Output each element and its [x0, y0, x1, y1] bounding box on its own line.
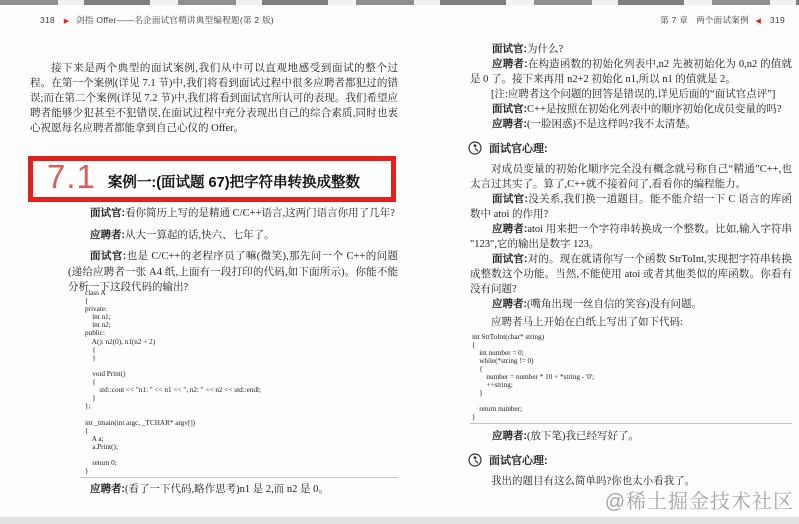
code-separator-rule — [80, 477, 398, 478]
speaker-label: 面试官: — [90, 250, 126, 262]
left-header-title: 剑指 Offer——名企面试官精讲典型编程题(第 2 版) — [76, 15, 274, 25]
book-spread-scan: 318 ▶ 剑指 Offer——名企面试官精讲典型编程题(第 2 版) 第 7 … — [0, 0, 799, 524]
section-number: 7.1 — [47, 158, 96, 196]
dialog-paragraph: 面试官:为什么? — [470, 42, 792, 57]
speaker-label: 应聘者: — [90, 483, 125, 495]
speaker-label: 应聘者: — [492, 58, 528, 70]
interviewer-mind-text: 对成员变量的初始化顺序完全没有概念就号称自己“精通”C++,也太言过其实了。算了… — [470, 162, 792, 192]
dialog-paragraph: 面试官:对的。现在就请你写一个函数 StrToInt,实现把字符串转换成整数这个… — [470, 252, 792, 297]
speaker-label: 面试官: — [492, 103, 527, 115]
scan-bottom-edge — [0, 517, 799, 524]
section-7-1-annotation-box: 7.1 案例一:(面试题 67)把字符串转换成整数 — [28, 156, 396, 202]
dialog-text: (放下笔)我已经写好了。 — [527, 431, 639, 442]
dialog-paragraph: 应聘者:(看了一下代码,略作思考)n1 是 2,而 n2 是 0。 — [68, 482, 398, 498]
cpp-class-code-listing: class A { private: int n1; int n2; publi… — [85, 289, 261, 475]
left-running-header: 318 ▶ 剑指 Offer——名企面试官精讲典型编程题(第 2 版) — [38, 14, 274, 26]
right-running-header: 第 7 章 两个面试案例 ◀ 319 — [660, 14, 787, 26]
dialog-text: 从大一算起的话,快六、七年了。 — [125, 230, 275, 241]
left-page-number: 318 — [38, 15, 57, 25]
chapter-intro-paragraph: 接下来是两个典型的面试案例,我们从中可以直观地感受到面试的整个过程。在第一个案例… — [30, 61, 398, 153]
right-triangle-icon: ▶ — [60, 18, 74, 25]
scan-top-edge — [0, 0, 799, 5]
interviewer-mind-heading: 面试官心理: — [468, 452, 792, 468]
left-dialog-block: 面试官:看你简历上写的是精通 C/C++语言,这两门语言你用了几年? 应聘者:从… — [68, 206, 398, 302]
mind-heading-label: 面试官心理: — [489, 452, 548, 468]
speaker-label: 应聘者: — [492, 430, 527, 442]
dialog-paragraph: 应聘者:(放下笔)我已经写好了。 — [470, 429, 792, 444]
dialog-paragraph: 面试官:C++是按照在初始化列表中的顺序初始化成员变量的吗? — [470, 102, 792, 117]
dialog-text: (嘴角出现一丝自信的笑容)没有问题。 — [527, 299, 702, 310]
dialog-paragraph: 面试官:没关系,我们换一道题目。能不能介绍一下 C 语言的库函数中 atoi 的… — [470, 192, 792, 222]
section-title: 案例一:(面试题 67)把字符串转换成整数 — [108, 171, 360, 192]
speaker-label: 应聘者: — [492, 223, 527, 235]
dialog-paragraph: 应聘者:(一脸困惑)不是这样吗?我不太清楚。 — [470, 117, 792, 132]
dialog-text: (看了一下代码,略作思考)n1 是 2,而 n2 是 0。 — [125, 484, 329, 495]
speaker-label: 应聘者: — [492, 298, 527, 310]
speaker-label: 面试官: — [492, 253, 528, 265]
editor-note: [注:应聘者这个问题的回答是错误的,详见后面的“面试官点评”] — [470, 87, 792, 102]
chapter-label: 第 7 章 — [660, 15, 688, 25]
left-triangle-icon: ◀ — [752, 18, 766, 25]
code-separator-rule — [470, 423, 792, 424]
dialog-paragraph: 应聘者:从大一算起的话,快六、七年了。 — [68, 228, 398, 244]
thought-clock-icon — [468, 453, 482, 467]
dialog-paragraph: 应聘者:(嘴角出现一丝自信的笑容)没有问题。 — [470, 297, 792, 312]
dialog-text: (一脸困惑)不是这样吗?我不太清楚。 — [527, 119, 696, 130]
speaker-label: 应聘者: — [492, 118, 527, 130]
dialog-text: 看你简历上写的是精通 C/C++语言,这两门语言你用了几年? — [125, 208, 395, 219]
dialog-text: 为什么? — [527, 44, 563, 55]
speaker-label: 应聘者: — [90, 229, 125, 241]
thought-clock-icon — [468, 141, 482, 155]
speaker-label: 面试官: — [492, 193, 528, 205]
right-page-number: 319 — [768, 15, 787, 25]
narration-line: 应聘者马上开始在白纸上写出了如下代码: — [470, 315, 792, 330]
dialog-paragraph: 应聘者:atoi 用来把一个字符串转换成一个整数。比如,输入字符串 "123",… — [470, 222, 792, 252]
dialog-text: C++是按照在初始化列表中的顺序初始化成员变量的吗? — [527, 104, 782, 115]
chapter-title: 两个面试案例 — [696, 15, 749, 25]
speaker-label: 面试官: — [492, 43, 527, 55]
strtoint-code-listing: int StrToInt(char* string) { int number … — [472, 333, 792, 421]
dialog-paragraph: 应聘者:在构造函数的初始化列表中,n2 先被初始化为 0,n2 的值就是 0 了… — [470, 57, 792, 87]
mind-heading-label: 面试官心理: — [489, 140, 548, 156]
juejin-watermark: @稀土掘金技术社区 — [605, 485, 794, 514]
left-closing-dialog: 应聘者:(看了一下代码,略作思考)n1 是 2,而 n2 是 0。 — [68, 482, 398, 504]
speaker-label: 面试官: — [90, 207, 125, 219]
interviewer-mind-heading: 面试官心理: — [468, 140, 792, 156]
right-page-content: 面试官:为什么? 应聘者:在构造函数的初始化列表中,n2 先被初始化为 0,n2… — [470, 42, 792, 489]
dialog-paragraph: 面试官:看你简历上写的是精通 C/C++语言,这两门语言你用了几年? — [68, 206, 398, 222]
